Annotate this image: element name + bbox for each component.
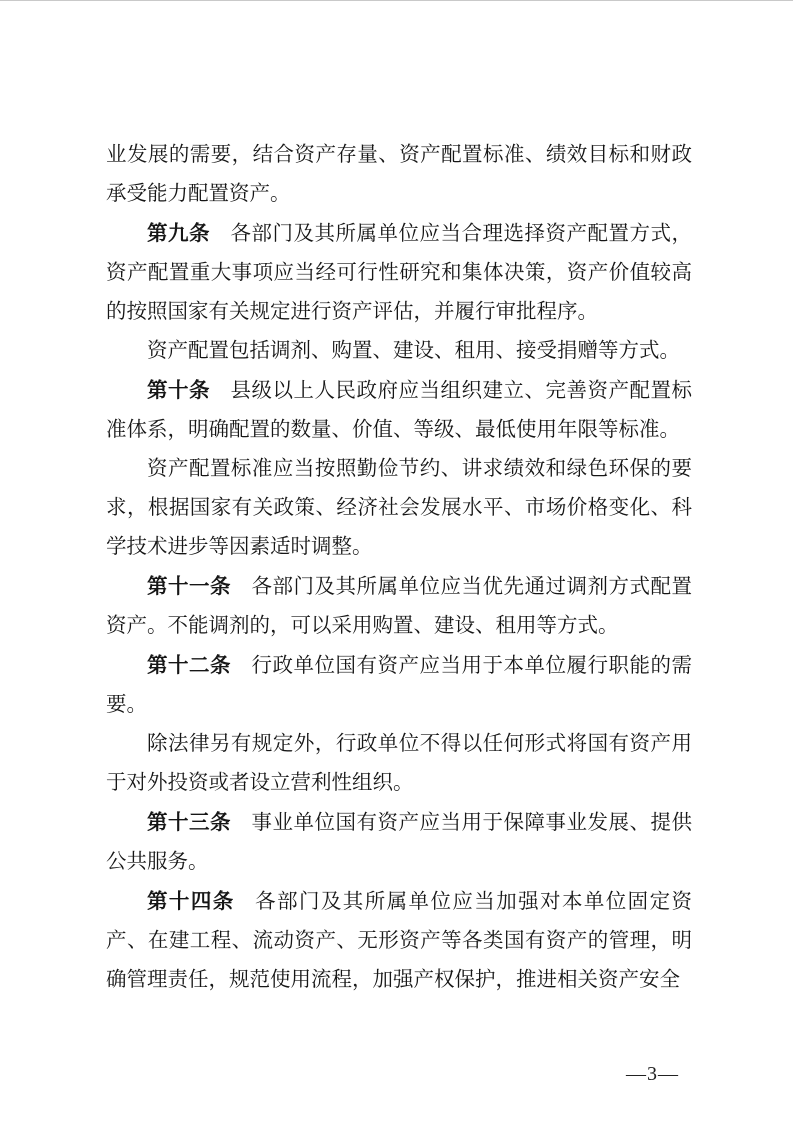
paragraph: 第十二条行政单位国有资产应当用于本单位履行职能的需要。: [106, 646, 692, 725]
scan-edge-artifact: [0, 0, 793, 1]
paragraph-text: 业发展的需要，结合资产存量、资产配置标准、绩效目标和财政承受能力配置资产。: [106, 144, 692, 205]
article-number-label: 第十二条: [147, 654, 231, 677]
paragraph: 第十四条各部门及其所属单位应当加强对本单位固定资产、在建工程、流动资产、无形资产…: [106, 882, 692, 1000]
article-number-label: 第九条: [147, 222, 210, 245]
paragraph: 第九条各部门及其所属单位应当合理选择资产配置方式，资产配置重大事项应当经可行性研…: [106, 214, 692, 332]
paragraph: 第十条县级以上人民政府应当组织建立、完善资产配置标准体系，明确配置的数量、价值、…: [106, 371, 692, 450]
paragraph: 业发展的需要，结合资产存量、资产配置标准、绩效目标和财政承受能力配置资产。: [106, 136, 692, 214]
paragraph: 资产配置包括调剂、购置、建设、租用、接受捐赠等方式。: [106, 332, 692, 371]
document-page: 业发展的需要，结合资产存量、资产配置标准、绩效目标和财政承受能力配置资产。 第九…: [0, 0, 793, 1122]
paragraph-text: 资产配置包括调剂、购置、建设、租用、接受捐赠等方式。: [147, 340, 680, 362]
article-number-label: 第十三条: [147, 811, 231, 834]
paragraph: 除法律另有规定外，行政单位不得以任何形式将国有资产用于对外投资或者设立营利性组织…: [106, 725, 692, 803]
paragraph-text: 除法律另有规定外，行政单位不得以任何形式将国有资产用于对外投资或者设立营利性组织…: [106, 733, 692, 794]
document-body: 业发展的需要，结合资产存量、资产配置标准、绩效目标和财政承受能力配置资产。 第九…: [106, 136, 692, 1000]
paragraph: 第十三条事业单位国有资产应当用于保障事业发展、提供公共服务。: [106, 803, 692, 882]
paragraph-text: 资产配置标准应当按照勤俭节约、讲求绩效和绿色环保的要求，根据国家有关政策、经济社…: [106, 458, 692, 558]
article-number-label: 第十四条: [147, 890, 235, 913]
page-number: —3—: [626, 1063, 679, 1086]
article-number-label: 第十一条: [147, 575, 231, 598]
article-number-label: 第十条: [147, 379, 210, 402]
paragraph: 第十一条各部门及其所属单位应当优先通过调剂方式配置资产。不能调剂的，可以采用购置…: [106, 567, 692, 646]
paragraph: 资产配置标准应当按照勤俭节约、讲求绩效和绿色环保的要求，根据国家有关政策、经济社…: [106, 450, 692, 567]
